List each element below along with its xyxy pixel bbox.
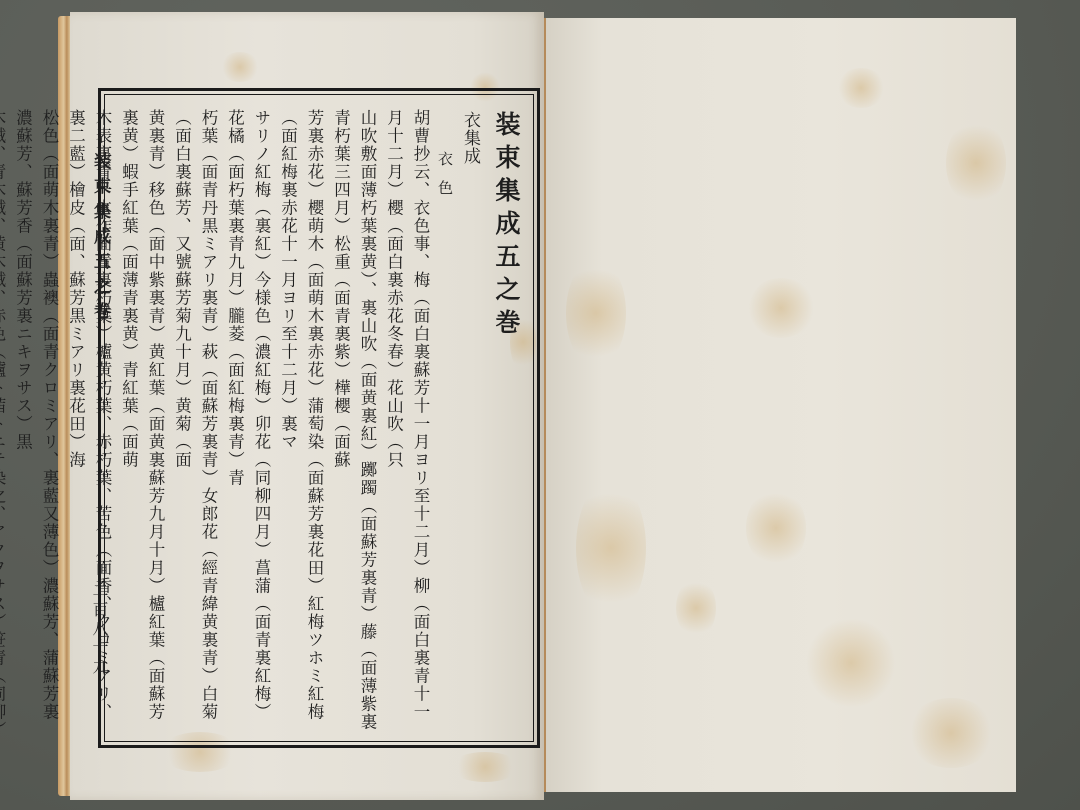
text-column: 松色（面萌木裏青）蟲襖（面青クロミアリ、裏藍又薄色）濃蘇芳、蒲蘇芳裏濃蘇芳、蘇芳… — [9, 109, 62, 735]
vertical-text-block: 装束集成五之巻 衣集成 衣色 胡曹抄云、衣色事、梅（面白裏蘇芳十一月ヨリ至十二月… — [109, 101, 529, 735]
section-title: 衣集成 — [457, 111, 483, 735]
text-column: 朽葉（面青丹黒ミアリ裏青）萩（面蘇芳裏青）女郎花（經青緯黄裏青）白菊（面白裏蘇芳… — [168, 109, 221, 735]
paper-stain — [806, 618, 896, 708]
subsection-title: 衣色 — [433, 151, 457, 735]
paper-stain — [450, 752, 520, 782]
paper-stain — [906, 698, 996, 768]
text-column: 黄裏青）移色（面中紫裏青）黄紅葉（面黄裏蘇芳九月十月）櫨紅葉（面蘇芳裏黄）蝦手紅… — [115, 109, 168, 735]
paper-stain — [676, 578, 716, 638]
paper-stain — [946, 118, 1006, 208]
text-column: 山吹敷面薄朽葉裏黄）、裏山吹（面黄裏紅）躑躅（面蘇芳裏青）藤（面薄紫裏青朽葉三四… — [327, 109, 380, 735]
paper-stain — [746, 488, 806, 568]
text-column: 胡曹抄云、衣色事、梅（面白裏蘇芳十一月ヨリ至十二月）柳（面白裏青十一月十二月）櫻… — [380, 109, 433, 735]
text-column: 木賊、青木賊、黄木賊、赤色（櫨ト茜トニテ染之、アクヲサス）笹青（同柳）氷（面白ヤ… — [0, 109, 9, 735]
paper-stain — [220, 52, 260, 82]
open-book: 装束集成五之巻 二百八十九 装束集成五之巻 衣集成 衣色 胡曹抄云、衣色事、梅（… — [58, 12, 1016, 802]
paper-stain — [746, 278, 816, 338]
text-column: 木表裏青一本作面青裏朽葉）櫨黄朽葉、赤朽葉、苦色（面香、クロミアリ、裏二藍）檜皮… — [62, 109, 115, 735]
text-frame: 装束集成五之巻 衣集成 衣色 胡曹抄云、衣色事、梅（面白裏蘇芳十一月ヨリ至十二月… — [98, 88, 540, 748]
text-column: 芳裏赤花）櫻萌木（面萌木裏赤花）蒲萄染（面蘇芳裏花田）紅梅ツホミ紅梅（面紅梅裏赤… — [274, 109, 327, 735]
paper-stain — [836, 68, 886, 108]
text-column: サリノ紅梅（裏紅）今様色（濃紅梅）卯花（同柳四月）菖蒲（面青裏紅梅）花橘（面朽葉… — [221, 109, 274, 735]
right-page-blank — [544, 18, 1016, 792]
paper-stain — [566, 258, 626, 368]
chapter-title: 装束集成五之巻 — [483, 111, 529, 735]
left-page: 装束集成五之巻 二百八十九 装束集成五之巻 衣集成 衣色 胡曹抄云、衣色事、梅（… — [70, 12, 544, 800]
paper-stain — [576, 478, 646, 618]
